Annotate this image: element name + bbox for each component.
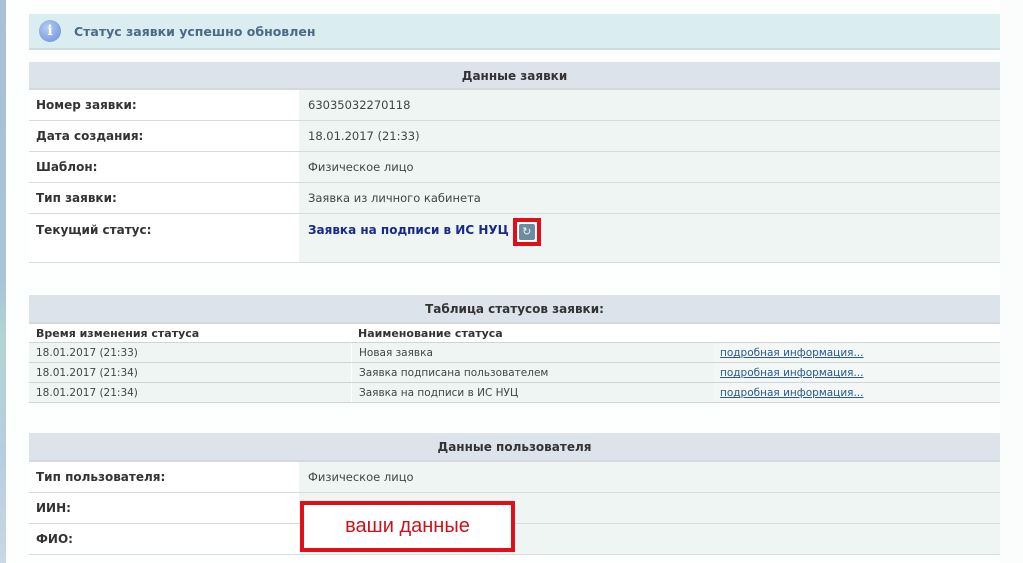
window-right-edge — [1000, 0, 1023, 563]
success-alert: i Статус заявки успешно обновлен — [29, 14, 1000, 50]
request-data-section: Данные заявки Номер заявки: 630350322701… — [29, 62, 1000, 263]
request-type-row: Тип заявки: Заявка из личного кабинета — [29, 183, 1000, 214]
column-header-name: Наименование статуса — [351, 324, 713, 342]
request-type-value: Заявка из личного кабинета — [299, 183, 1000, 213]
status-time: 18.01.2017 (21:34) — [29, 383, 351, 402]
status-link-cell: подробная информация... — [713, 343, 1000, 362]
user-type-value: Физическое лицо — [299, 462, 1000, 492]
current-status-cell: Заявка на подписи в ИС НУЦ ↻ — [299, 214, 1000, 262]
field-label: Тип пользователя: — [29, 462, 299, 492]
column-header-time: Время изменения статуса — [29, 324, 351, 342]
refresh-highlight: ↻ — [513, 218, 541, 246]
info-icon: i — [39, 20, 61, 42]
user-type-row: Тип пользователя: Физическое лицо — [29, 462, 1000, 493]
status-table-section: Таблица статусов заявки: Время изменения… — [29, 295, 1000, 403]
request-number-value: 63035032270118 — [299, 90, 1000, 120]
window-left-edge — [0, 0, 6, 563]
status-table-columns: Время изменения статуса Наименование ста… — [29, 324, 1000, 343]
status-name: Заявка на подписи в ИС НУЦ — [351, 383, 713, 402]
redaction-annotation: ваши данные — [300, 501, 515, 552]
field-label: Дата создания: — [29, 121, 299, 151]
current-status-value: Заявка на подписи в ИС НУЦ — [308, 223, 509, 237]
details-link[interactable]: подробная информация... — [720, 347, 863, 359]
field-label: Текущий статус: — [29, 214, 299, 262]
refresh-icon[interactable]: ↻ — [519, 224, 535, 240]
alert-message: Статус заявки успешно обновлен — [74, 24, 315, 39]
status-name: Заявка подписана пользователем — [351, 363, 713, 382]
table-row: 18.01.2017 (21:34) Заявка на подписи в И… — [29, 383, 1000, 403]
request-number-row: Номер заявки: 63035032270118 — [29, 90, 1000, 121]
template-value: Физическое лицо — [299, 152, 1000, 182]
user-data-header: Данные пользователя — [29, 433, 1000, 462]
field-label: Тип заявки: — [29, 183, 299, 213]
status-link-cell: подробная информация... — [713, 383, 1000, 402]
field-label: Номер заявки: — [29, 90, 299, 120]
field-label: Шаблон: — [29, 152, 299, 182]
table-row: 18.01.2017 (21:33) Новая заявка подробна… — [29, 343, 1000, 363]
field-label: ИИН: — [29, 493, 299, 523]
details-link[interactable]: подробная информация... — [720, 367, 863, 379]
current-status-row: Текущий статус: Заявка на подписи в ИС Н… — [29, 214, 1000, 263]
status-time: 18.01.2017 (21:33) — [29, 343, 351, 362]
created-date-row: Дата создания: 18.01.2017 (21:33) — [29, 121, 1000, 152]
page-content: i Статус заявки успешно обновлен Данные … — [29, 14, 1000, 555]
status-table-header: Таблица статусов заявки: — [29, 295, 1000, 324]
created-date-value: 18.01.2017 (21:33) — [299, 121, 1000, 151]
status-link-cell: подробная информация... — [713, 363, 1000, 382]
column-header-link — [713, 324, 1000, 342]
details-link[interactable]: подробная информация... — [720, 387, 863, 399]
field-label: ФИО: — [29, 524, 299, 554]
template-row: Шаблон: Физическое лицо — [29, 152, 1000, 183]
table-row: 18.01.2017 (21:34) Заявка подписана поль… — [29, 363, 1000, 383]
status-name: Новая заявка — [351, 343, 713, 362]
status-time: 18.01.2017 (21:34) — [29, 363, 351, 382]
request-data-header: Данные заявки — [29, 62, 1000, 90]
